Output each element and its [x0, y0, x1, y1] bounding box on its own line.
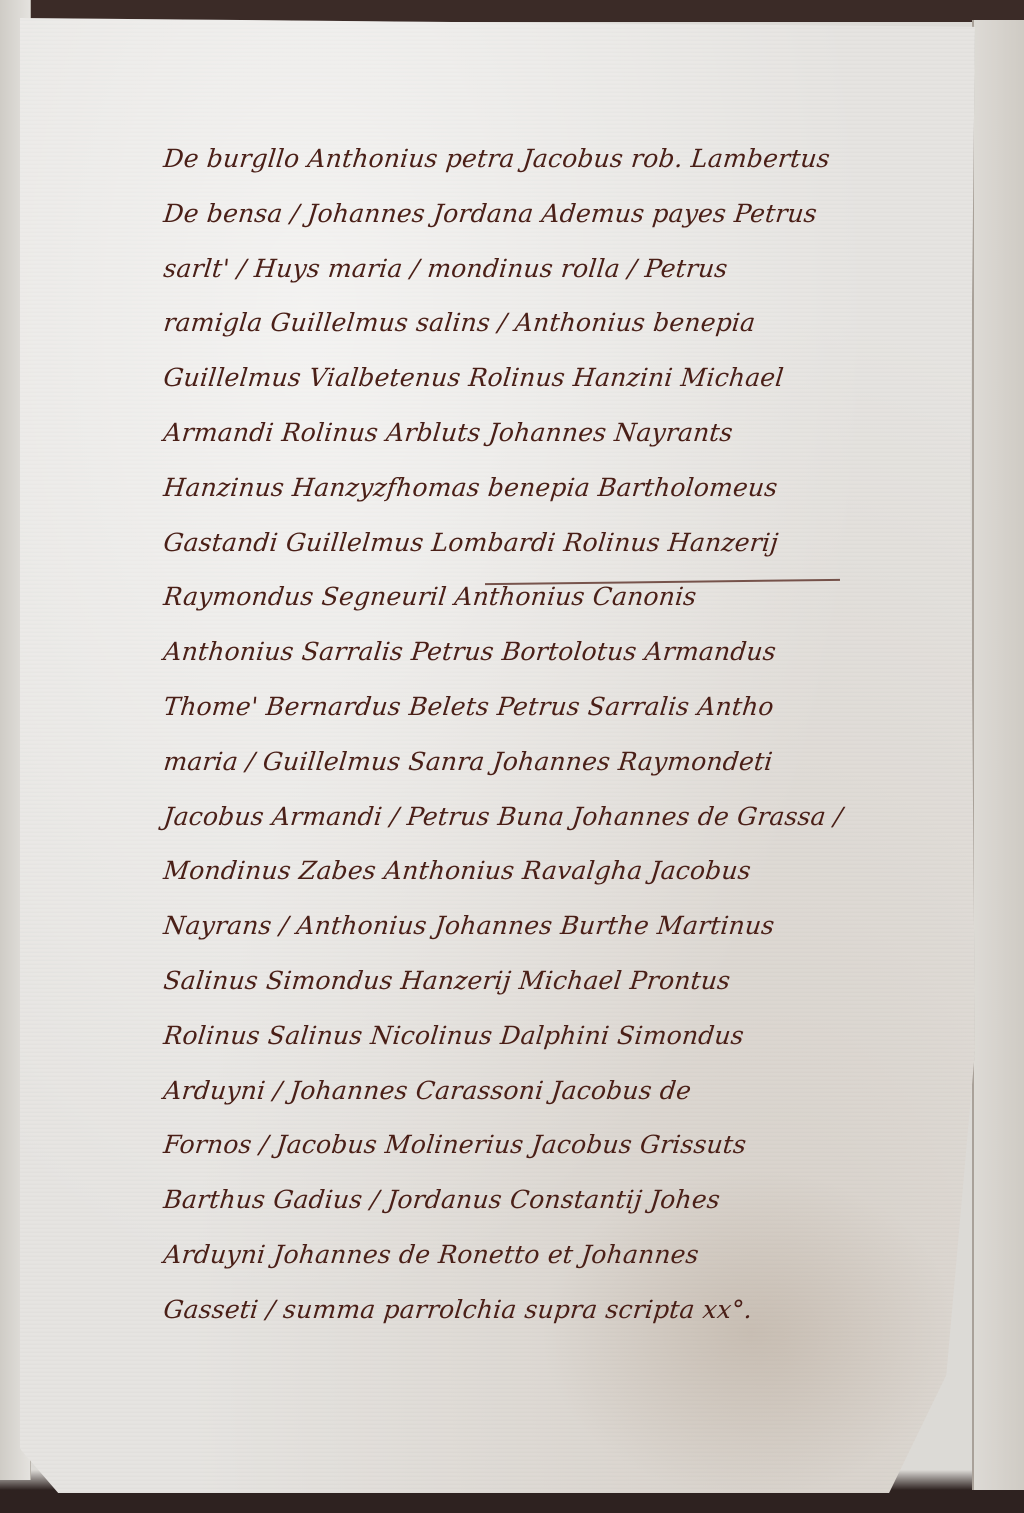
text-line-5: Guillelmus Vialbetenus Rolinus Hanzini M…	[162, 337, 868, 392]
text-line-7: Hanzinus Hanzyzfhomas benepia Bartholome…	[162, 447, 868, 502]
text-line-18: Arduyni / Johannes Carassoni Jacobus de	[162, 1050, 868, 1105]
text-line-22: Gasseti / summa parrolchia supra scripta…	[162, 1269, 868, 1324]
text-line-8: Gastandi Guillelmus Lombardi Rolinus Han…	[162, 502, 868, 557]
text-line-9: Raymondus Segneuril Anthonius Canonis	[162, 556, 868, 611]
text-line-15: Nayrans / Anthonius Johannes Burthe Mart…	[162, 885, 868, 940]
text-line-19: Fornos / Jacobus Molinerius Jacobus Gris…	[162, 1104, 868, 1159]
text-line-1: De burgllo Anthonius petra Jacobus rob. …	[162, 118, 868, 173]
text-line-12: maria / Guillelmus Sanra Johannes Raymon…	[162, 721, 868, 776]
underlying-sheet-right-edge	[972, 20, 1024, 1490]
text-line-13: Jacobus Armandi / Petrus Buna Johannes d…	[162, 776, 868, 831]
text-line-3: sarlt' / Huys maria / mondinus rolla / P…	[162, 228, 868, 283]
text-line-6: Armandi Rolinus Arbluts Johannes Nayrant…	[162, 392, 868, 447]
top-shadow	[0, 0, 1024, 22]
text-line-10: Anthonius Sarralis Petrus Bortolotus Arm…	[162, 611, 868, 666]
text-line-17: Rolinus Salinus Nicolinus Dalphini Simon…	[162, 995, 868, 1050]
text-line-14: Mondinus Zabes Anthonius Ravalgha Jacobu…	[162, 830, 868, 885]
text-line-4: ramigla Guillelmus salins / Anthonius be…	[162, 282, 868, 337]
text-line-21: Arduyni Johannes de Ronetto et Johannes	[162, 1214, 868, 1269]
text-line-20: Barthus Gadius / Jordanus Constantij Joh…	[162, 1159, 868, 1214]
text-line-2: De bensa / Johannes Jordana Ademus payes…	[162, 173, 868, 228]
text-line-16: Salinus Simondus Hanzerij Michael Prontu…	[162, 940, 868, 995]
text-line-11: Thome' Bernardus Belets Petrus Sarralis …	[162, 666, 868, 721]
handwritten-text-block: De burgllo Anthonius petra Jacobus rob. …	[165, 118, 865, 1324]
